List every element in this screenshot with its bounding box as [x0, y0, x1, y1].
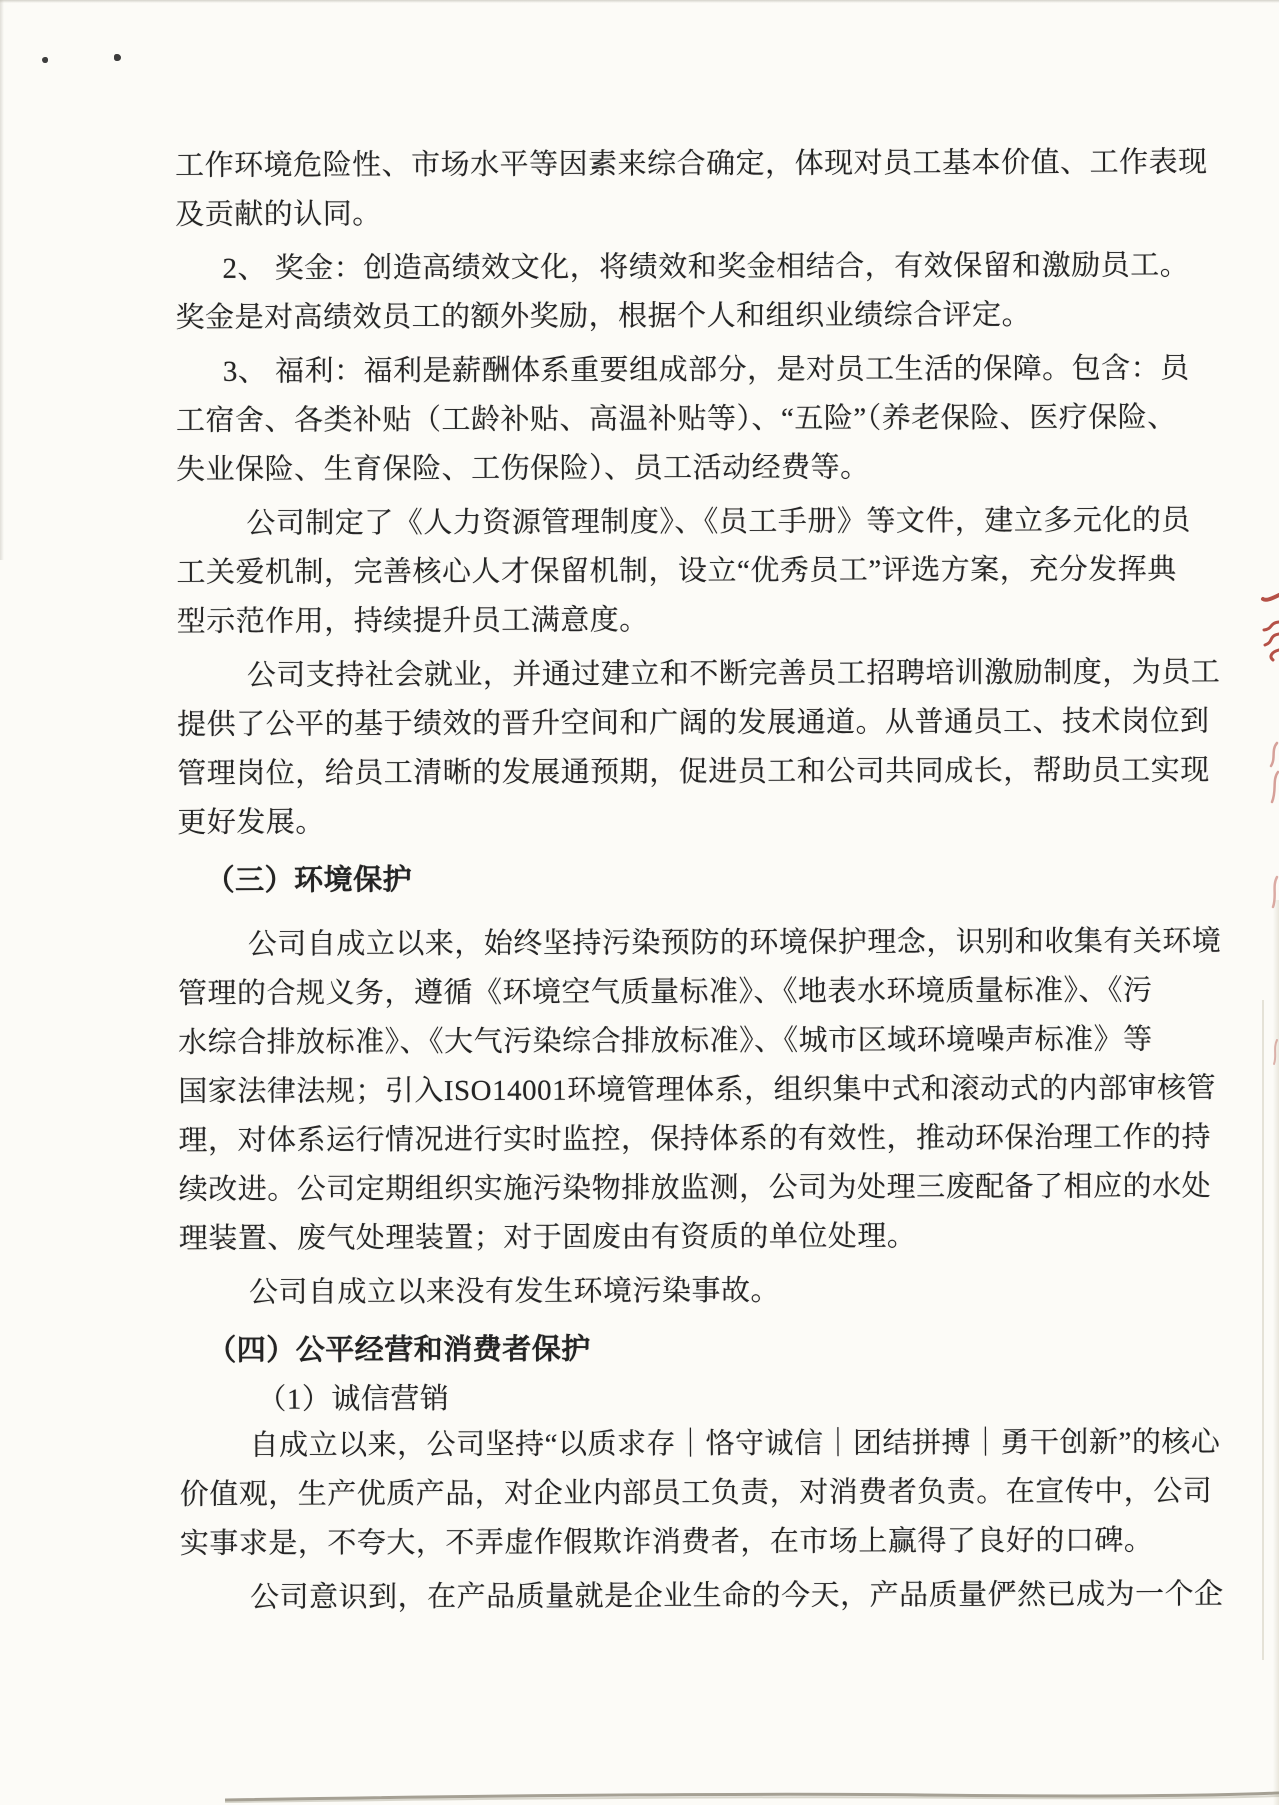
text-line: 管理的合规义务，遵循《环境空气质量标准》、《地表水环境质量标准》、《污 [178, 966, 1238, 1019]
scanned-document-page: 工作环境危险性、市场水平等因素来综合确定，体现对员工基本价值、工作表现及贡献的认… [0, 0, 1279, 1805]
paragraph-first-line: 公司自成立以来没有发生环境污染事故。 [249, 1265, 1239, 1317]
text-line: 工作环境危险性、市场水平等因素来综合确定，体现对员工基本价值、工作表现 [175, 138, 1235, 191]
red-edge-mark [1259, 588, 1279, 669]
red-edge-mark [1269, 874, 1279, 915]
text-line: 管理岗位，给员工清晰的发展通预期，促进员工和公司共同成长，帮助员工实现 [177, 746, 1237, 799]
text-line: 价值观，生产优质产品，对企业内部员工负责，对消费者负责。在宣传中，公司 [180, 1467, 1240, 1520]
ink-speck [42, 57, 48, 63]
text-line: 提供了公平的基于绩效的晋升空间和广阔的发展通道。从普通员工、技术岗位到 [177, 697, 1237, 750]
text-line: 工宿舍、各类补贴（工龄补贴、高温补贴等）、“五险”（养老保险、医疗保险、 [176, 393, 1236, 446]
text-line: 理，对体系运行情况进行实时监控，保持体系的有效性，推动环保治理工作的持 [178, 1113, 1238, 1166]
paragraph-first-line: 公司意识到，在产品质量就是企业生命的今天，产品质量俨然已成为一个企 [250, 1570, 1240, 1622]
text-line: 续改进。公司定期组织实施污染物排放监测，公司为处理三废配备了相应的水处 [179, 1162, 1239, 1215]
text-line: 更好发展。 [177, 795, 1237, 848]
section-heading: （三）环境保护 [205, 853, 1237, 906]
red-edge-mark [1271, 1038, 1279, 1071]
scan-right-edge [1273, 900, 1279, 1805]
numbered-item-line: 3、 福利：福利是薪酬体系重要组成部分，是对员工生活的保障。包含：员 [223, 344, 1236, 397]
scan-left-edge [0, 0, 4, 560]
text-line: 失业保险、生育保险、工伤保险）、员工活动经费等。 [176, 442, 1236, 495]
paragraph-first-line: 公司制定了《人力资源管理制度》、《员工手册》等文件，建立多元化的员 [246, 496, 1236, 548]
list-item-heading: （1）诚信营销 [257, 1372, 1239, 1424]
red-edge-mark [1267, 740, 1279, 811]
paragraph-first-line: 自成立以来，公司坚持“以质求存｜恪守诚信｜团结拼搏｜勇干创新”的核心 [249, 1418, 1239, 1470]
section-heading: （四）公平经营和消费者保护 [207, 1323, 1239, 1376]
text-line: 水综合排放标准》、《大气污染综合排放标准》、《城市区域环境噪声标准》等 [178, 1015, 1238, 1068]
text-line: 型示范作用，持续提升员工满意度。 [177, 594, 1237, 647]
numbered-item-line: 2、 奖金：创造高绩效文化，将绩效和奖金相结合，有效保留和激励员工。 [222, 241, 1235, 294]
text-line: 实事求是，不夸大，不弄虚作假欺诈消费者，在市场上赢得了良好的口碑。 [180, 1516, 1240, 1569]
text-line: 及贡献的认同。 [175, 187, 1235, 240]
text-line: 工关爱机制，完善核心人才保留机制，设立“优秀员工”评选方案，充分发挥典 [176, 545, 1236, 598]
text-line: 国家法律法规；引入ISO14001环境管理体系，组织集中式和滚动式的内部审核管 [178, 1064, 1238, 1117]
ink-speck [114, 54, 121, 61]
paragraph-first-line: 公司支持社会就业，并通过建立和不断完善员工招聘培训激励制度，为员工 [247, 648, 1237, 700]
paragraph-first-line: 公司自成立以来，始终坚持污染预防的环境保护理念，识别和收集有关环境 [248, 917, 1238, 969]
scan-right-edge-line [1262, 1000, 1264, 1660]
document-text-block: 工作环境危险性、市场水平等因素来综合确定，体现对员工基本价值、工作表现及贡献的认… [175, 138, 1240, 1623]
text-line: 理装置、废气处理装置；对于固废由有资质的单位处理。 [179, 1211, 1239, 1264]
scan-top-edge [0, 0, 1279, 3]
scan-bottom-edge [225, 1788, 1279, 1805]
text-line: 奖金是对高绩效员工的额外奖励，根据个人和组织业绩综合评定。 [176, 290, 1236, 343]
